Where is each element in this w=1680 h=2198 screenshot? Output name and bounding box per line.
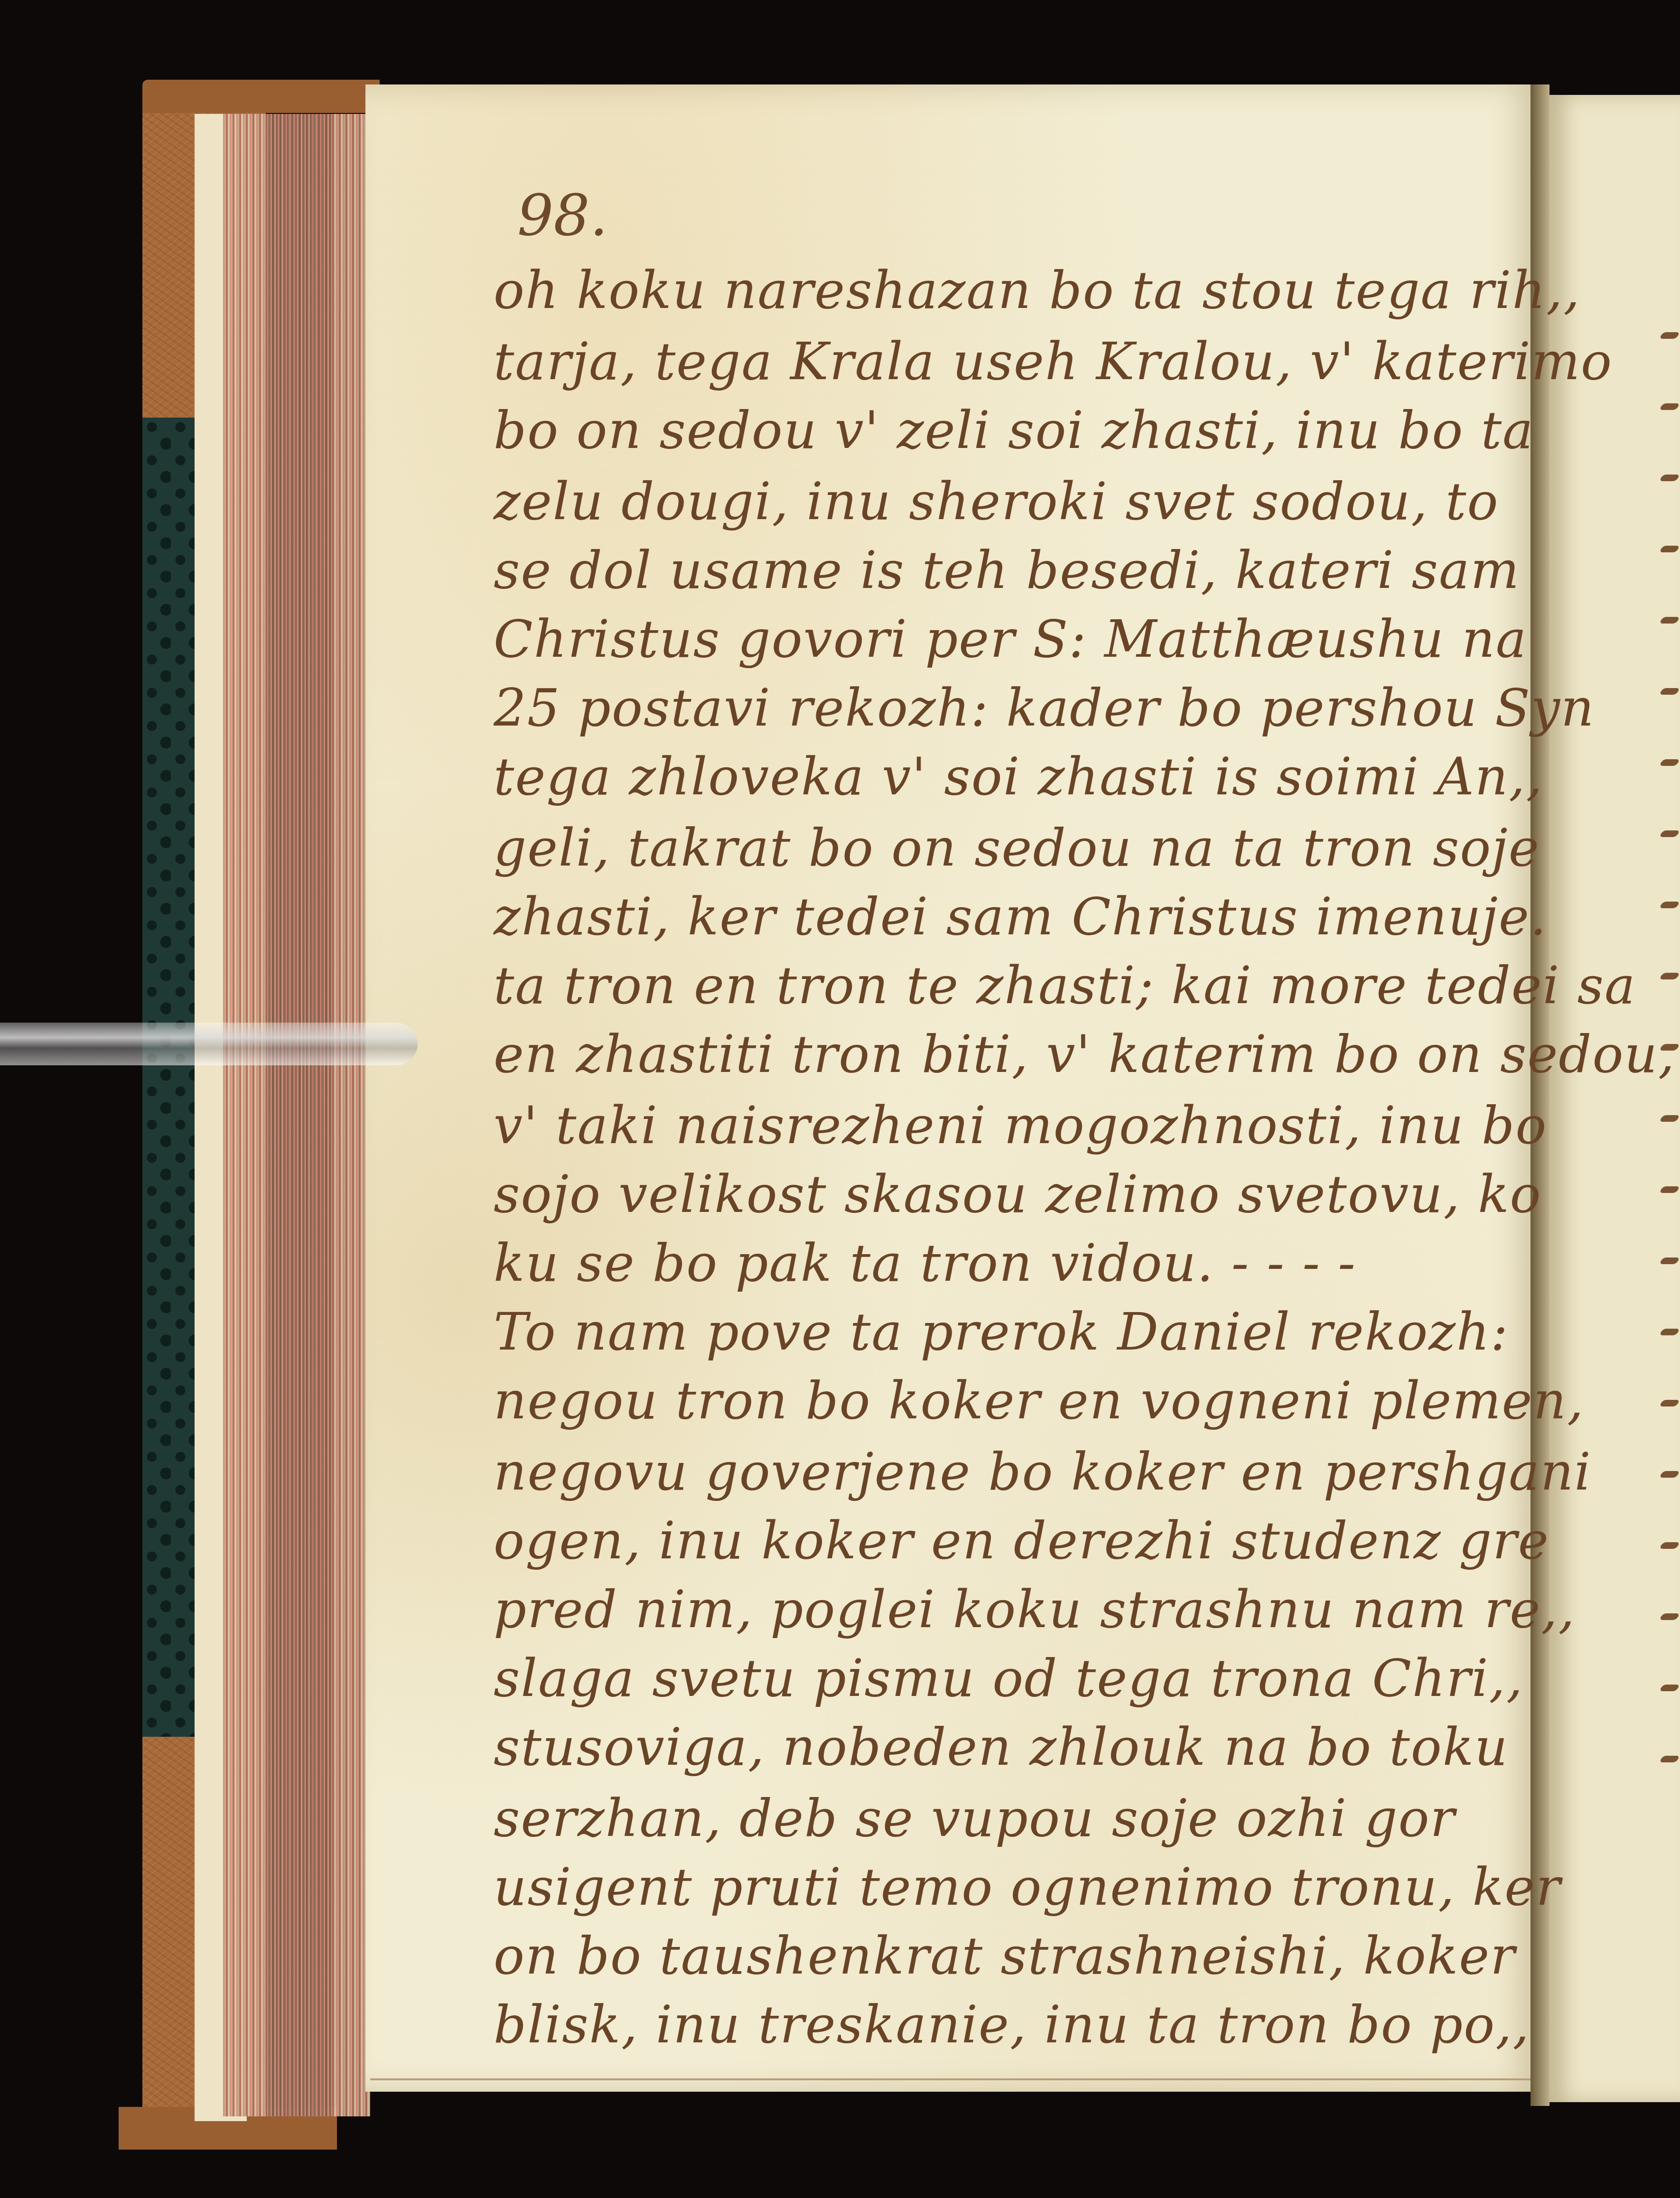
ink-fragment <box>1659 1329 1680 1335</box>
text-line: pred nim, poglei koku strashnu nam re,, <box>494 1580 1576 1639</box>
text-line: stusoviga, nobeden zhlouk na bo toku <box>494 1718 1509 1777</box>
ink-fragment <box>1659 403 1680 410</box>
text-line: blisk, inu treskanie, inu ta tron bo po,… <box>494 1995 1530 2055</box>
green-marbled-binding <box>142 418 195 1737</box>
text-line: To nam pove ta prerok Daniel rekozh: <box>494 1303 1509 1362</box>
ink-fragment <box>1659 1756 1680 1762</box>
text-line: sojo velikost skasou zelimo svetovu, ko <box>494 1165 1542 1224</box>
ink-fragment <box>1659 1542 1680 1549</box>
ink-fragment <box>1659 1115 1680 1122</box>
text-line: tarja, tega Krala useh Kralou, v' kateri… <box>494 332 1613 391</box>
ink-fragment <box>1659 1186 1680 1193</box>
ink-fragment <box>1659 546 1680 552</box>
text-line: ta tron en tron te zhasti; kai more tede… <box>494 956 1636 1015</box>
glass-rod <box>0 1023 418 1065</box>
text-line: negovu goverjene bo koker en pershgani <box>494 1443 1592 1502</box>
text-line: zelu dougi, inu sheroki svet sodou, to <box>494 472 1499 531</box>
text-line: tega zhloveka v' soi zhasti is soimi An,… <box>494 747 1543 807</box>
text-line: geli, takrat bo on sedou na ta tron soje <box>494 819 1540 878</box>
text-line: 25 postavi rekozh: kader bo pershou Syn <box>494 679 1595 738</box>
page-bottom-edge <box>370 2078 1533 2099</box>
text-line: ogen, inu koker en derezhi studenz gre <box>494 1511 1549 1571</box>
ink-fragment <box>1659 759 1680 766</box>
text-line: zhasti, ker tedei sam Christus imenuje. <box>494 887 1547 947</box>
ink-fragment <box>1659 1400 1680 1406</box>
text-line: bo on sedou v' zeli soi zhasti, inu bo t… <box>494 401 1534 460</box>
text-line: ku se bo pak ta tron vidou. - - - - <box>494 1234 1356 1293</box>
ink-fragment <box>1659 973 1680 979</box>
text-line: negou tron bo koker en vogneni plemen, <box>494 1371 1584 1431</box>
facing-page <box>1549 95 1680 2102</box>
ink-fragment <box>1659 1613 1680 1620</box>
text-line: on bo taushenkrat strashneishi, koker <box>494 1927 1516 1986</box>
text-line: se dol usame is teh besedi, kateri sam <box>494 541 1520 600</box>
text-line: Christus govori per S: Matthæushu na <box>494 610 1527 669</box>
text-line: en zhastiti tron biti, v' katerim bo on … <box>494 1025 1675 1084</box>
ink-fragment <box>1659 475 1680 481</box>
ink-fragment <box>1659 1471 1680 1478</box>
text-line: slaga svetu pismu od tega trona Chri,, <box>494 1649 1523 1708</box>
ink-fragment <box>1659 688 1680 695</box>
leather-cover-top-corner <box>142 80 380 113</box>
page-number: 98. <box>517 183 608 249</box>
ink-fragment <box>1659 1685 1680 1691</box>
ink-fragment <box>1659 902 1680 908</box>
text-line: serzhan, deb se vupou soje ozhi gor <box>494 1789 1456 1848</box>
ink-fragment <box>1659 617 1680 624</box>
ink-fragment <box>1659 1257 1680 1264</box>
text-line: oh koku nareshazan bo ta stou tega rih,, <box>494 261 1581 320</box>
ink-fragment <box>1659 332 1680 339</box>
text-line: usigent pruti temo ognenimo tronu, ker <box>494 1858 1561 1917</box>
text-line: v' taki naisrezheni mogozhnosti, inu bo <box>494 1096 1547 1155</box>
page-edges-shadow <box>266 114 332 2116</box>
ink-fragment <box>1659 830 1680 837</box>
